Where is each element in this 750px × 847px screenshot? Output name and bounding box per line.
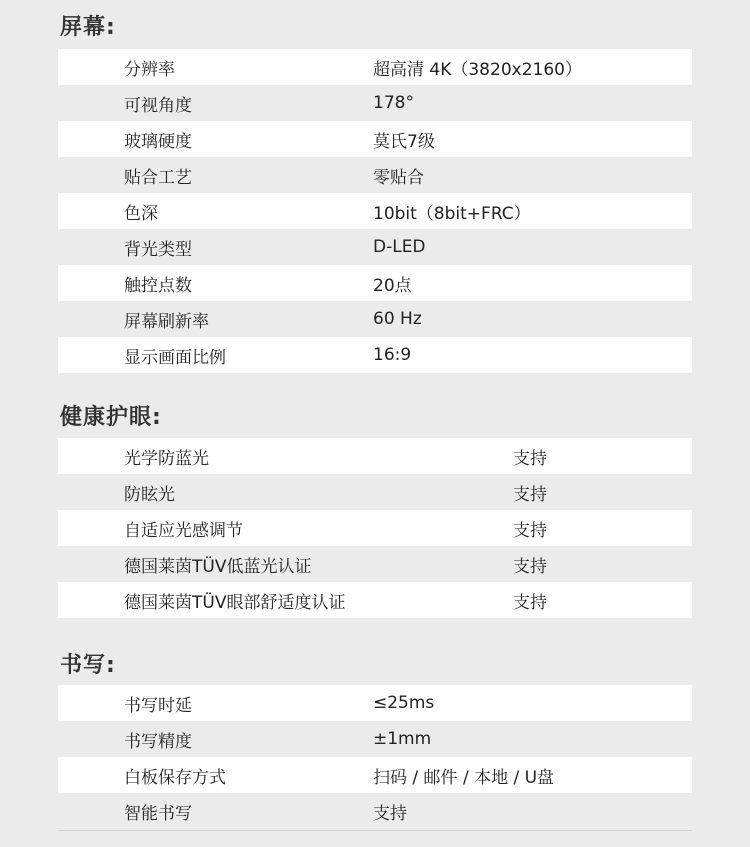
spec-value: 支持 [373,799,407,824]
table-row: 防眩光支持 [58,474,692,510]
spec-label: 分辨率 [124,55,175,80]
spec-label: 背光类型 [124,235,192,260]
spec-label: 触控点数 [124,271,192,296]
table-row: 德国莱茵TÜV低蓝光认证支持 [58,546,692,582]
spec-label: 屏幕刷新率 [124,307,209,332]
spec-label: 色深 [124,199,158,224]
spec-label: 书写时延 [124,691,192,716]
spec-value: D-LED [373,237,426,257]
spec-table-eye-care: 光学防蓝光支持 防眩光支持 自适应光感调节支持 德国莱茵TÜV低蓝光认证支持 德… [58,438,692,618]
table-row: 自适应光感调节支持 [58,510,692,546]
spec-label: 德国莱茵TÜV低蓝光认证 [124,552,311,577]
spec-value: 178° [373,93,414,113]
table-row: 书写时延≤25ms [58,685,692,721]
table-row: 白板保存方式扫码 / 邮件 / 本地 / U盘 [58,757,692,793]
section-title-screen: 屏幕: [60,10,116,41]
spec-label: 白板保存方式 [124,763,226,788]
table-row: 色深10bit（8bit+FRC） [58,193,692,229]
table-row: 屏幕刷新率60 Hz [58,301,692,337]
table-row: 书写精度±1mm [58,721,692,757]
spec-value: 支持 [513,588,547,613]
spec-value: 支持 [513,480,547,505]
table-row: 触控点数20点 [58,265,692,301]
spec-value: 支持 [513,516,547,541]
spec-value: 支持 [513,444,547,469]
spec-label: 自适应光感调节 [124,516,243,541]
spec-label: 贴合工艺 [124,163,192,188]
spec-table-screen: 分辨率超高清 4K（3820x2160） 可视角度178° 玻璃硬度莫氏7级 贴… [58,49,692,373]
section-title-writing: 书写: [60,648,116,679]
spec-table-writing: 书写时延≤25ms 书写精度±1mm 白板保存方式扫码 / 邮件 / 本地 / … [58,685,692,829]
spec-label: 玻璃硬度 [124,127,192,152]
spec-value: 10bit（8bit+FRC） [373,199,531,224]
table-row: 光学防蓝光支持 [58,438,692,474]
section-title-eye-care: 健康护眼: [60,400,162,431]
divider [58,830,692,831]
spec-value: 莫氏7级 [373,127,435,152]
spec-label: 智能书写 [124,799,192,824]
table-row: 智能书写支持 [58,793,692,829]
table-row: 分辨率超高清 4K（3820x2160） [58,49,692,85]
spec-value: 16:9 [373,345,411,365]
spec-label: 显示画面比例 [124,343,226,368]
table-row: 德国莱茵TÜV眼部舒适度认证支持 [58,582,692,618]
table-row: 可视角度178° [58,85,692,121]
spec-value: 支持 [513,552,547,577]
spec-label: 德国莱茵TÜV眼部舒适度认证 [124,588,345,613]
spec-label: 书写精度 [124,727,192,752]
spec-value: ±1mm [373,729,431,749]
spec-label: 光学防蓝光 [124,444,209,469]
table-row: 玻璃硬度莫氏7级 [58,121,692,157]
spec-value: 扫码 / 邮件 / 本地 / U盘 [373,763,554,788]
spec-value: 零贴合 [373,163,424,188]
spec-value: 60 Hz [373,309,422,329]
spec-value: 20点 [373,271,412,296]
spec-label: 可视角度 [124,91,192,116]
spec-value: 超高清 4K（3820x2160） [373,55,582,80]
spec-label: 防眩光 [124,480,175,505]
table-row: 贴合工艺零贴合 [58,157,692,193]
table-row: 背光类型D-LED [58,229,692,265]
table-row: 显示画面比例16:9 [58,337,692,373]
spec-value: ≤25ms [373,693,434,713]
